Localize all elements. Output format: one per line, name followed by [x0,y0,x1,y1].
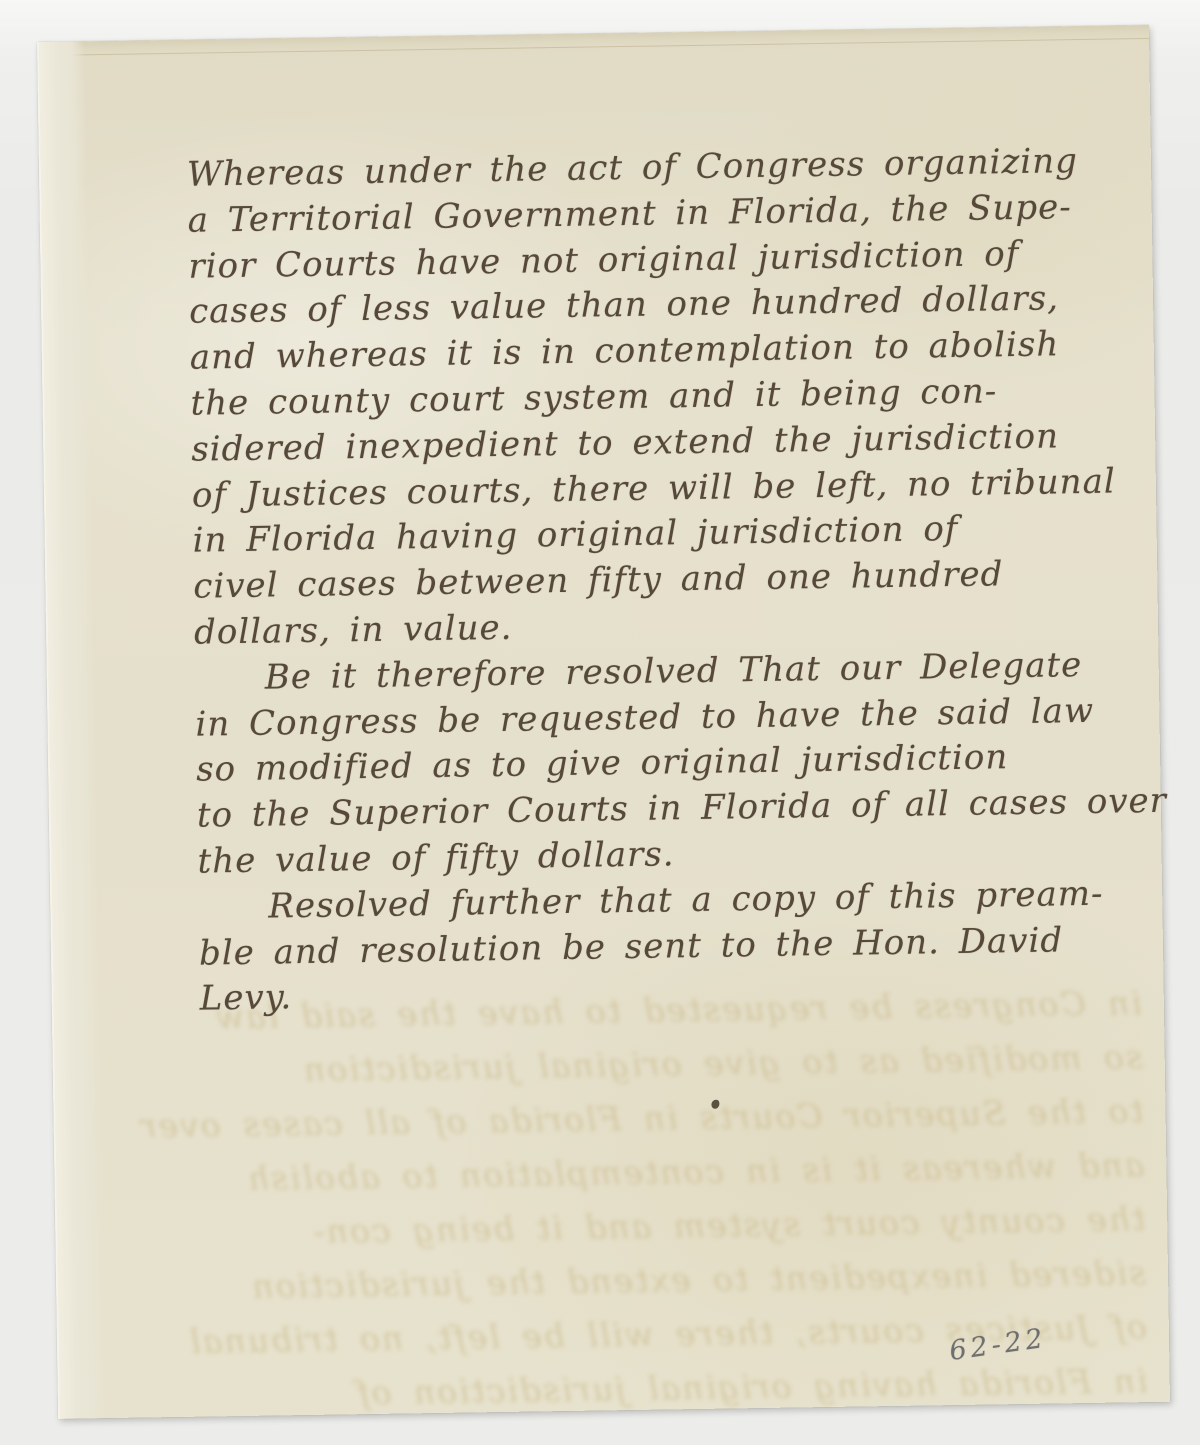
paper-left-edge [37,41,106,1419]
bleed-through-line: the county court system and it being con… [85,1199,1145,1254]
bleed-through-line: sidered inexpedient to extend the jurisd… [86,1253,1146,1308]
archival-number-annotation: 62-22 [947,1323,1048,1367]
paper-top-edge [37,25,1149,56]
scan-background: in Congress be requested to have the sai… [0,0,1200,1445]
bleed-through-line: in Florida having original jurisdiction … [88,1361,1148,1416]
ink-blot [711,1100,719,1109]
manuscript-paper: in Congress be requested to have the sai… [37,25,1170,1419]
bleed-through-line: so modified as to give original jurisdic… [83,1037,1143,1092]
manuscript-text-block: Whereas under the act of Congress organi… [187,138,1175,1023]
bleed-through-line: and whereas it is in contemplation to ab… [84,1145,1144,1200]
bleed-through-line: to the Superior Courts in Florida of all… [83,1091,1143,1146]
